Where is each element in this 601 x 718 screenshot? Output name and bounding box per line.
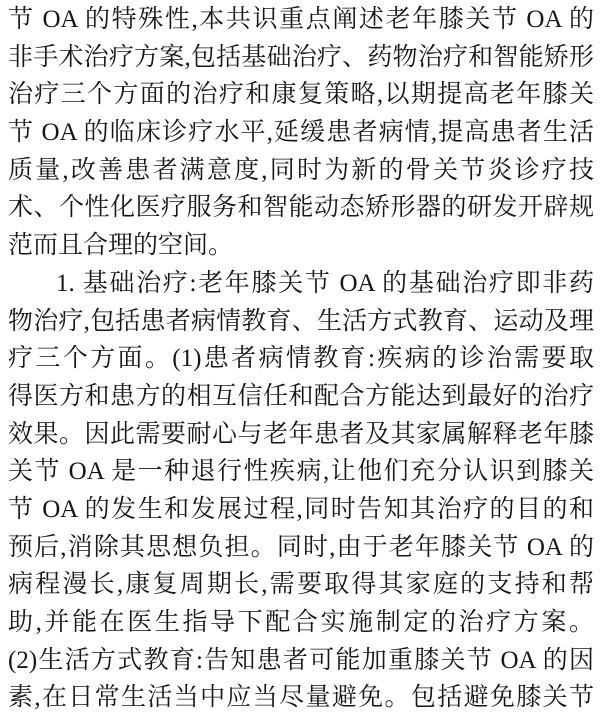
text-line: (2)生活方式教育:告知患者可能加重膝关节 OA 的因 bbox=[8, 642, 594, 680]
text-line: 效果。因此需要耐心与老年患者及其家属解释老年膝 bbox=[8, 416, 594, 454]
text-line: 术、个性化医疗服务和智能动态矫形器的研发开辟规 bbox=[8, 189, 594, 227]
text-line: 物治疗,包括患者病情教育、生活方式教育、运动及理 bbox=[8, 303, 594, 341]
text-line: 得医方和患方的相互信任和配合方能达到最好的治疗 bbox=[8, 378, 594, 416]
text-line: 非手术治疗方案,包括基础治疗、药物治疗和智能矫形 bbox=[8, 39, 594, 77]
text-line: 疗三个方面。(1)患者病情教育:疾病的诊治需要取 bbox=[8, 340, 594, 378]
text-line: 预后,消除其思想负担。同时,由于老年膝关节 OA 的 bbox=[8, 529, 594, 567]
text-line: 治疗三个方面的治疗和康复策略,以期提高老年膝关 bbox=[8, 76, 594, 114]
page: 节 OA 的特殊性,本共识重点阐述老年膝关节 OA 的 非手术治疗方案,包括基础… bbox=[0, 0, 601, 718]
text-line: 素,在日常生活当中应当尽量避免。包括避免膝关节 bbox=[8, 679, 594, 717]
text-line: 病程漫长,康复周期长,需要取得其家庭的支持和帮 bbox=[8, 566, 594, 604]
text-line: 关节 OA 是一种退行性疾病,让他们充分认识到膝关 bbox=[8, 453, 594, 491]
text-line-paragraph-start: 1. 基础治疗:老年膝关节 OA 的基础治疗即非药 bbox=[8, 265, 594, 303]
text-line: 节 OA 的发生和发展过程,同时告知其治疗的目的和 bbox=[8, 491, 594, 529]
text-line: 节 OA 的临床诊疗水平,延缓患者病情,提高患者生活 bbox=[8, 114, 594, 152]
text-line: 节 OA 的特殊性,本共识重点阐述老年膝关节 OA 的 bbox=[8, 1, 594, 39]
text-line: 助,并能在医生指导下配合实施制定的治疗方案。 bbox=[8, 604, 594, 642]
text-line: 质量,改善患者满意度,同时为新的骨关节炎诊疗技 bbox=[8, 152, 594, 190]
text-line-paragraph-end: 范而且合理的空间。 bbox=[8, 227, 594, 265]
